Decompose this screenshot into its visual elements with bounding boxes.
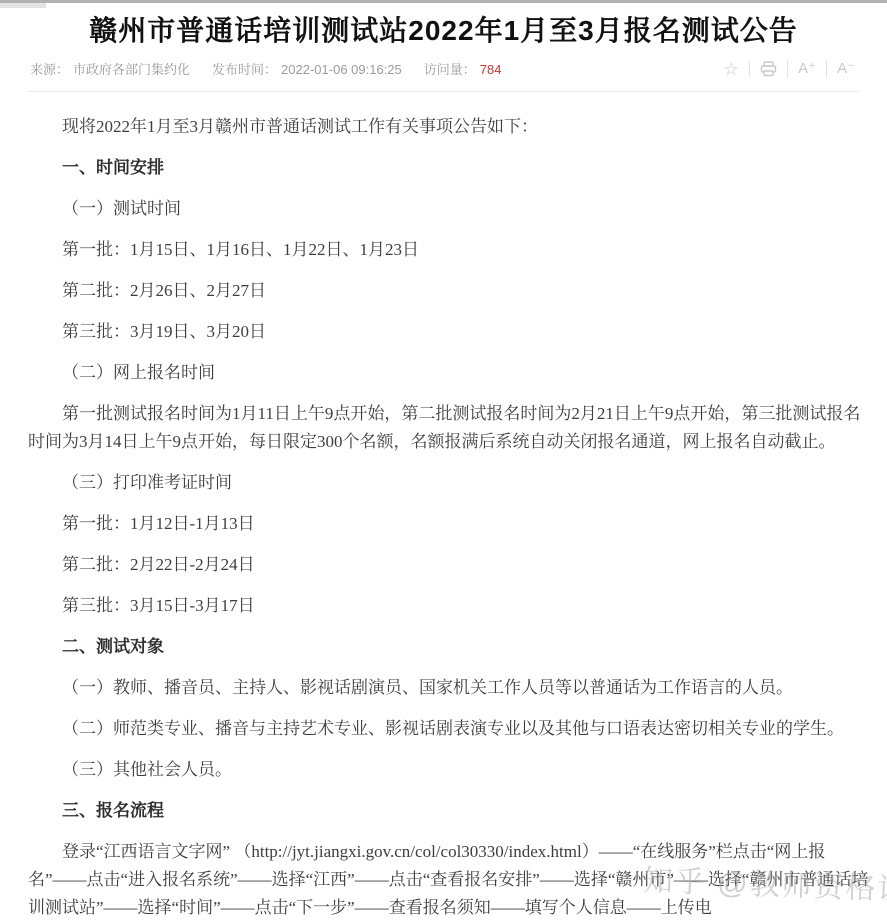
print-batch-2: 第二批：2月22日-2月24日 [28, 551, 875, 579]
visits-label: 访问量： [424, 62, 476, 77]
favorite-button[interactable]: ☆ [713, 60, 749, 78]
top-left-artifact [0, 3, 46, 8]
target-group-3: （三）其他社会人员。 [28, 756, 875, 784]
star-icon: ☆ [723, 60, 739, 78]
registration-time-detail: 第一批测试报名时间为1月11日上午9点开始，第二批测试报名时间为2月21日上午9… [28, 400, 875, 456]
printer-icon [760, 61, 777, 77]
visits-count: 784 [480, 62, 502, 77]
section-heading-schedule: 一、时间安排 [28, 154, 875, 182]
print-batch-1: 第一批：1月12日-1月13日 [28, 510, 875, 538]
section-heading-test-targets: 二、测试对象 [28, 633, 875, 661]
meta-row: 来源：市政府各部门集约化发布时间：2022-01-06 09:16:25访问量：… [30, 59, 865, 78]
font-increase-button[interactable]: A⁺ [787, 60, 826, 78]
top-border-strip [0, 0, 887, 3]
test-batch-1: 第一批：1月15日、1月16日、1月22日、1月23日 [28, 236, 875, 264]
print-batch-3: 第三批：3月15日-3月17日 [28, 592, 875, 620]
registration-flow-detail: 登录“江西语言文字网” （http://jyt.jiangxi.gov.cn/c… [28, 838, 875, 922]
page-title: 赣州市普通话培训测试站2022年1月至3月报名测试公告 [40, 14, 847, 48]
test-batch-3: 第三批：3月19日、3月20日 [28, 318, 875, 346]
font-decrease-label: A⁻ [837, 60, 855, 78]
target-group-1: （一）教师、播音员、主持人、影视话剧演员、国家机关工作人员等以普通话为工作语言的… [28, 674, 875, 702]
print-button[interactable] [749, 61, 787, 77]
source-value: 市政府各部门集约化 [73, 62, 190, 77]
paragraph-intro: 现将2022年1月至3月赣州市普通话测试工作有关事项公告如下： [28, 113, 875, 141]
article-toolbar: ☆ A⁺ A⁻ [713, 60, 865, 78]
announcement-body: 现将2022年1月至3月赣州市普通话测试工作有关事项公告如下： 一、时间安排 （… [0, 92, 887, 922]
source-label: 来源： [30, 62, 69, 77]
test-batch-2: 第二批：2月26日、2月27日 [28, 277, 875, 305]
target-group-2: （二）师范类专业、播音与主持艺术专业、影视话剧表演专业以及其他与口语表达密切相关… [28, 715, 875, 743]
publish-time-label: 发布时间： [212, 62, 277, 77]
font-decrease-button[interactable]: A⁻ [826, 60, 865, 78]
publish-time-value: 2022-01-06 09:16:25 [281, 62, 402, 77]
subheading-print-admission: （三）打印准考证时间 [28, 469, 875, 497]
subheading-online-registration: （二）网上报名时间 [28, 359, 875, 387]
section-heading-registration-flow: 三、报名流程 [28, 797, 875, 825]
subheading-test-time: （一）测试时间 [28, 195, 875, 223]
font-increase-label: A⁺ [798, 60, 816, 78]
article-meta: 来源：市政府各部门集约化发布时间：2022-01-06 09:16:25访问量：… [30, 59, 505, 78]
